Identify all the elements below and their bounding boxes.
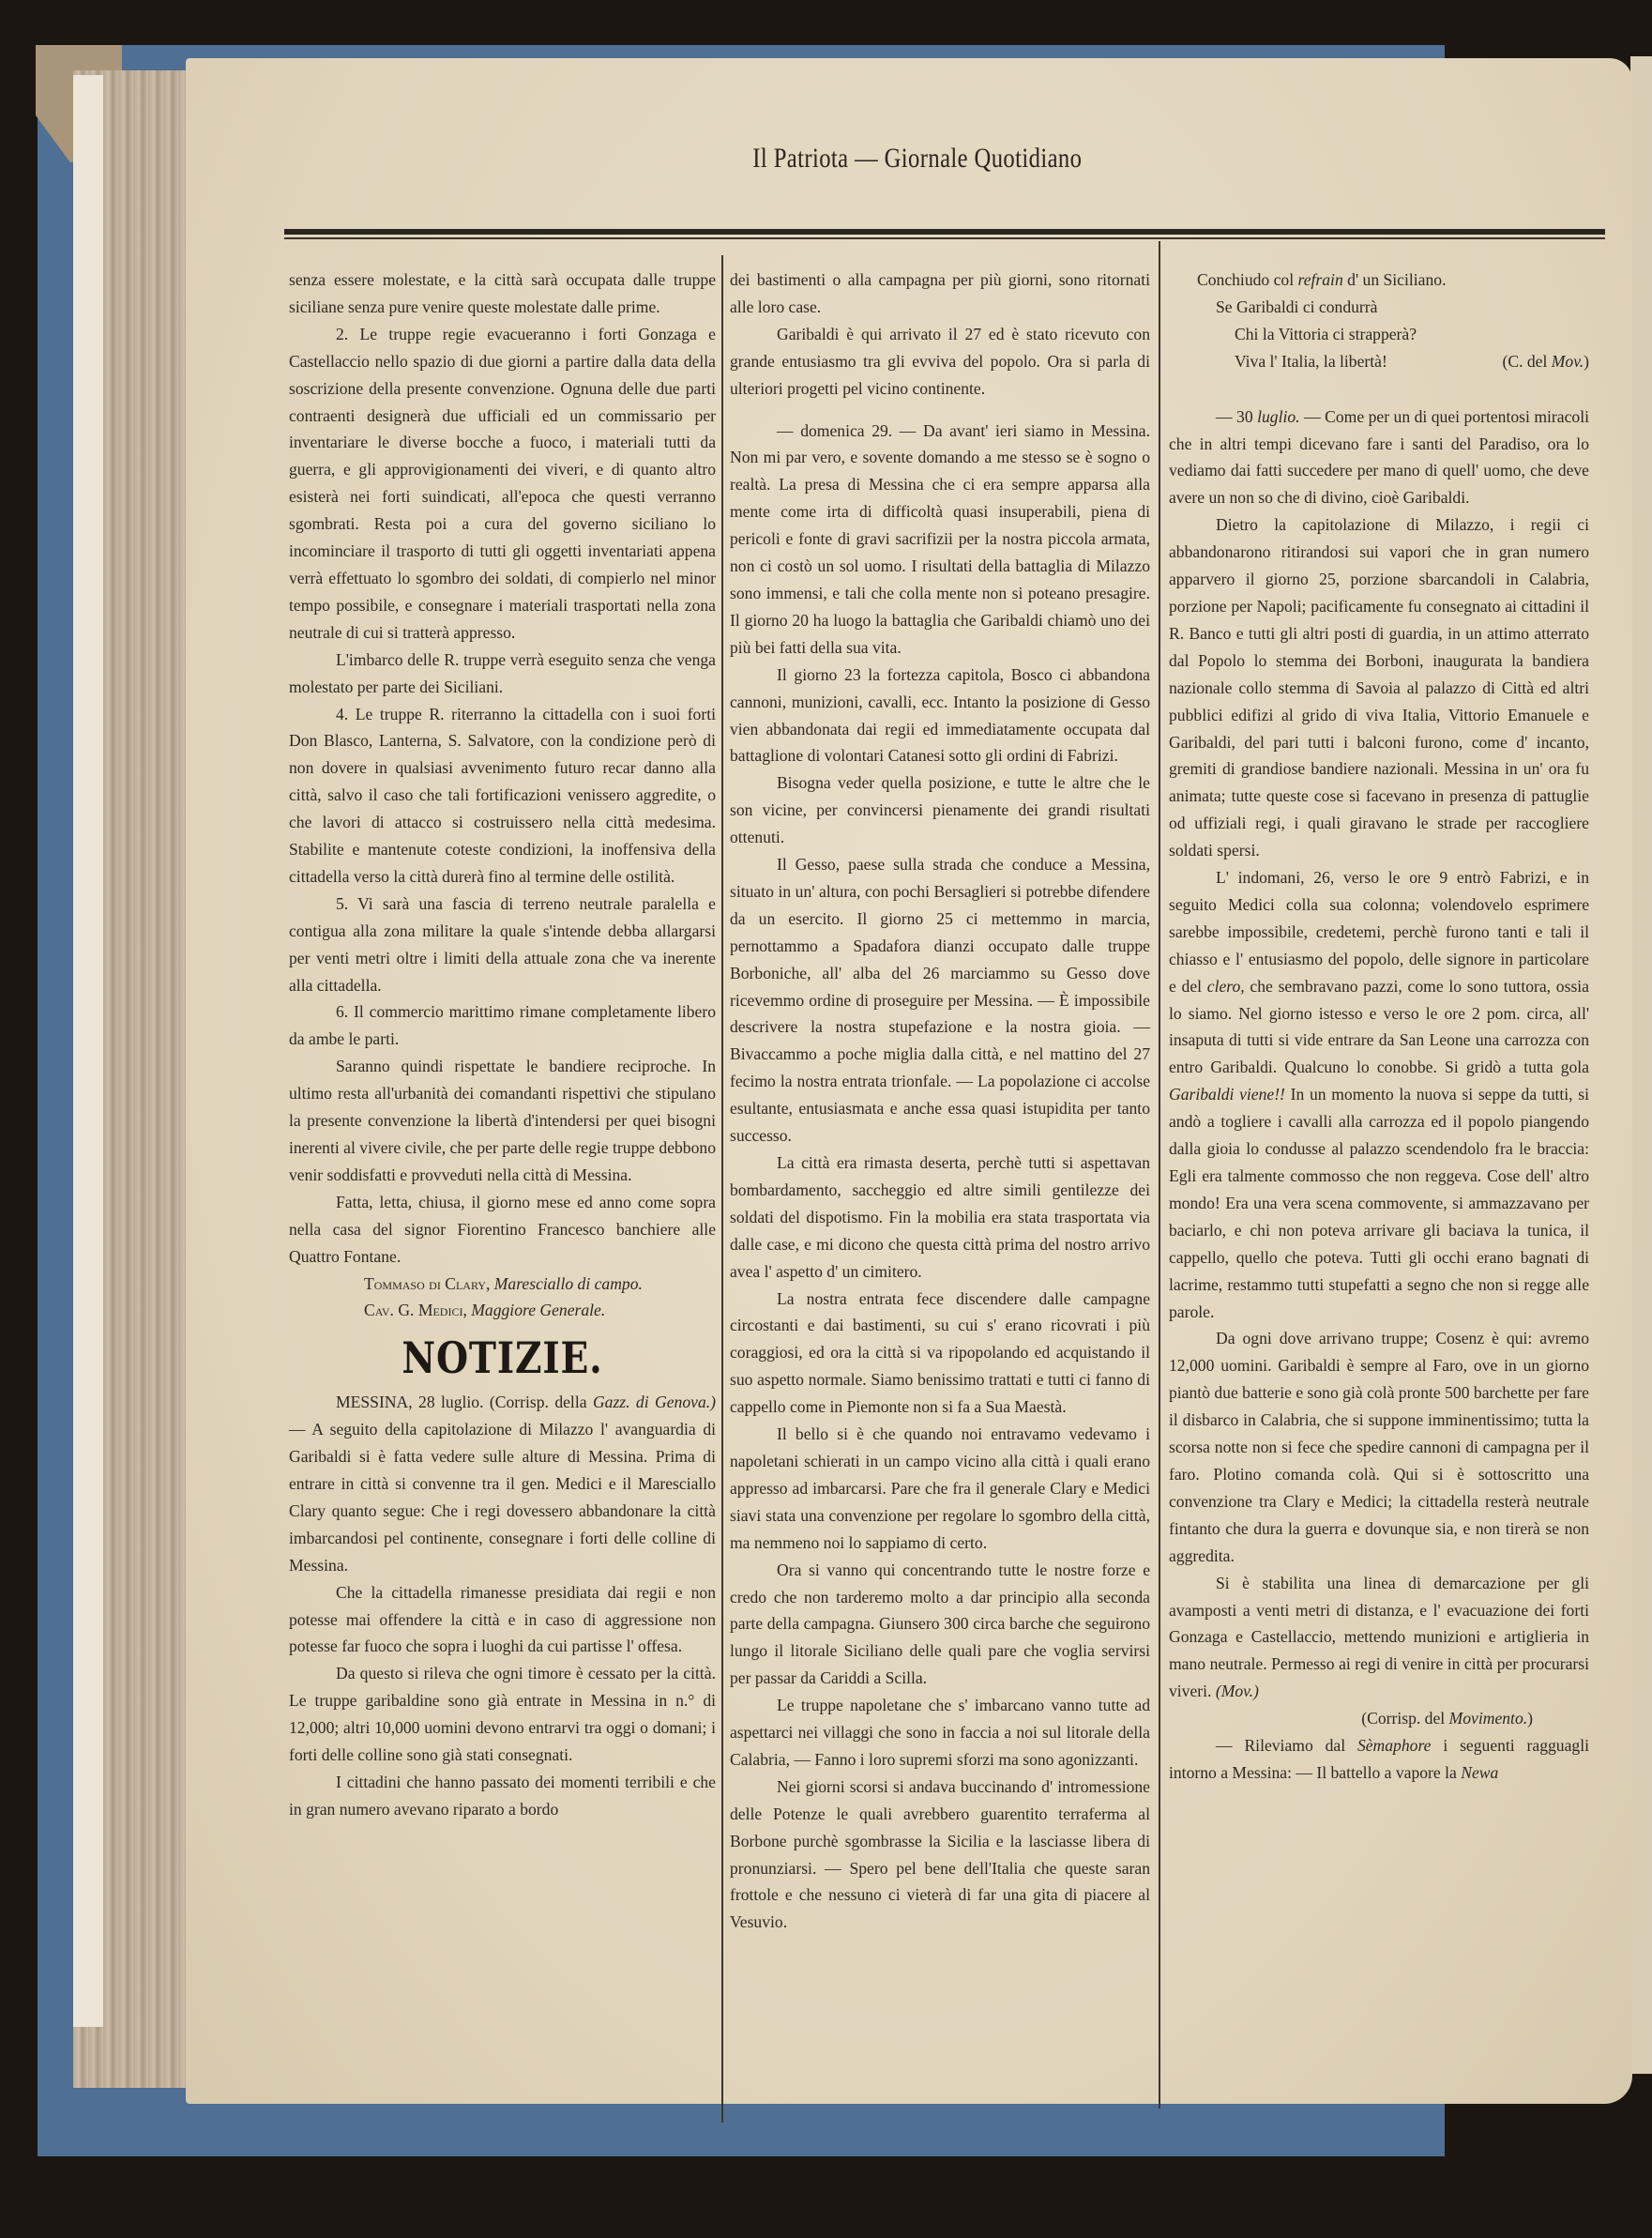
column-3: Conchiudo col refrain d' un Siciliano. S… xyxy=(1169,266,1589,1787)
paragraph: — domenica 29. — Da avant' ieri siamo in… xyxy=(730,418,1150,662)
paragraph: 2. Le truppe regie evacueranno i forti G… xyxy=(289,321,716,647)
paragraph: Ora si vanno qui concentrando tutte le n… xyxy=(730,1557,1150,1693)
column-divider-1 xyxy=(721,255,723,2123)
signatory-title: Maggiore Generale. xyxy=(471,1301,605,1319)
signature-medici: Cav. G. Medici, Maggiore Generale. xyxy=(289,1297,716,1324)
paragraph: Il bello si è che quando noi entravamo v… xyxy=(730,1421,1150,1557)
paragraph: Le truppe napoletane che s' imbarcano va… xyxy=(730,1692,1150,1774)
paragraph: Da ogni dove arrivano truppe; Cosenz è q… xyxy=(1169,1325,1589,1569)
paragraph: Garibaldi è qui arrivato il 27 ed è stat… xyxy=(730,321,1150,403)
page-header-title: Il Patriota — Giornale Quotidiano xyxy=(325,143,1510,175)
page-edge-white xyxy=(73,75,103,2027)
paragraph: senza essere molestate, e la città sarà … xyxy=(289,266,716,321)
paragraph: Dietro la capitolazione di Milazzo, i re… xyxy=(1169,511,1589,864)
verse-intro: Conchiudo col refrain d' un Siciliano. xyxy=(1169,266,1589,294)
column-2: dei bastimenti o alla campagna per più g… xyxy=(730,266,1150,1936)
paragraph: Che la cittadella rimanesse presidiata d… xyxy=(289,1579,716,1661)
paragraph: dei bastimenti o alla campagna per più g… xyxy=(730,266,1150,321)
paragraph: — 30 luglio. — Come per un di quei porte… xyxy=(1169,403,1589,512)
newspaper-page: Il Patriota — Giornale Quotidiano senza … xyxy=(186,58,1632,2104)
paragraph: L' indomani, 26, verso le ore 9 entrò Fa… xyxy=(1169,864,1589,1325)
verse-line: Chi la Vittoria ci strapperà? xyxy=(1169,321,1589,348)
column-1: senza essere molestate, e la città sarà … xyxy=(289,266,716,1823)
paragraph: Bisogna veder quella posizione, e tutte … xyxy=(730,769,1150,851)
paragraph: Si è stabilita una linea di demarcazione… xyxy=(1169,1570,1589,1706)
paragraph: 6. Il commercio marittimo rimane complet… xyxy=(289,998,716,1053)
verse-line: Se Garibaldi ci condurrà xyxy=(1169,294,1589,321)
news-paragraph: MESSINA, 28 luglio. (Corrisp. della Gazz… xyxy=(289,1389,716,1578)
paragraph: Il giorno 23 la fortezza capitola, Bosco… xyxy=(730,662,1150,770)
signatory-name: Tommaso di Clary, xyxy=(364,1274,490,1293)
paragraph: L'imbarco delle R. truppe verrà eseguito… xyxy=(289,647,716,701)
section-heading-notizie: NOTIZIE. xyxy=(321,1345,684,1372)
paragraph: I cittadini che hanno passato dei moment… xyxy=(289,1769,716,1823)
paragraph: Fatta, letta, chiusa, il giorno mese ed … xyxy=(289,1189,716,1271)
paragraph: 4. Le truppe R. riterranno la cittadella… xyxy=(289,701,716,891)
signatory-name: Cav. G. Medici, xyxy=(364,1301,467,1319)
verse-line: Viva l' Italia, la libertà! (C. del Mov.… xyxy=(1169,348,1589,375)
signature-clary: Tommaso di Clary, Maresciallo di campo. xyxy=(289,1271,716,1298)
column-divider-2 xyxy=(1159,241,1160,2109)
dateline: MESSINA, 28 luglio. (Corrisp. della xyxy=(336,1393,587,1411)
header-rule-thick xyxy=(284,229,1605,235)
paragraph: — Rileviamo dal Sèmaphore i seguenti rag… xyxy=(1169,1732,1589,1787)
paragraph: Da questo si rileva che ogni timore è ce… xyxy=(289,1660,716,1769)
paragraph: Saranno quindi rispettate le bandiere re… xyxy=(289,1053,716,1189)
paragraph: Il Gesso, paese sulla strada che conduce… xyxy=(730,851,1150,1149)
facing-page-edge xyxy=(1630,56,1652,2074)
header-rule-thin xyxy=(284,237,1605,239)
source-credit: (Corrisp. del Movimento.) xyxy=(1169,1705,1589,1732)
paragraph: 5. Vi sarà una fascia di terreno neutral… xyxy=(289,891,716,999)
source-name: Gazz. di Genova.) xyxy=(593,1393,716,1411)
paragraph: Nei giorni scorsi si andava buccinando d… xyxy=(730,1774,1150,1936)
paragraph: La nostra entrata fece discendere dalle … xyxy=(730,1286,1150,1422)
verse-credit: (C. del Mov.) xyxy=(1502,348,1589,375)
signatory-title: Maresciallo di campo. xyxy=(494,1274,643,1293)
paragraph: La città era rimasta deserta, perchè tut… xyxy=(730,1149,1150,1286)
